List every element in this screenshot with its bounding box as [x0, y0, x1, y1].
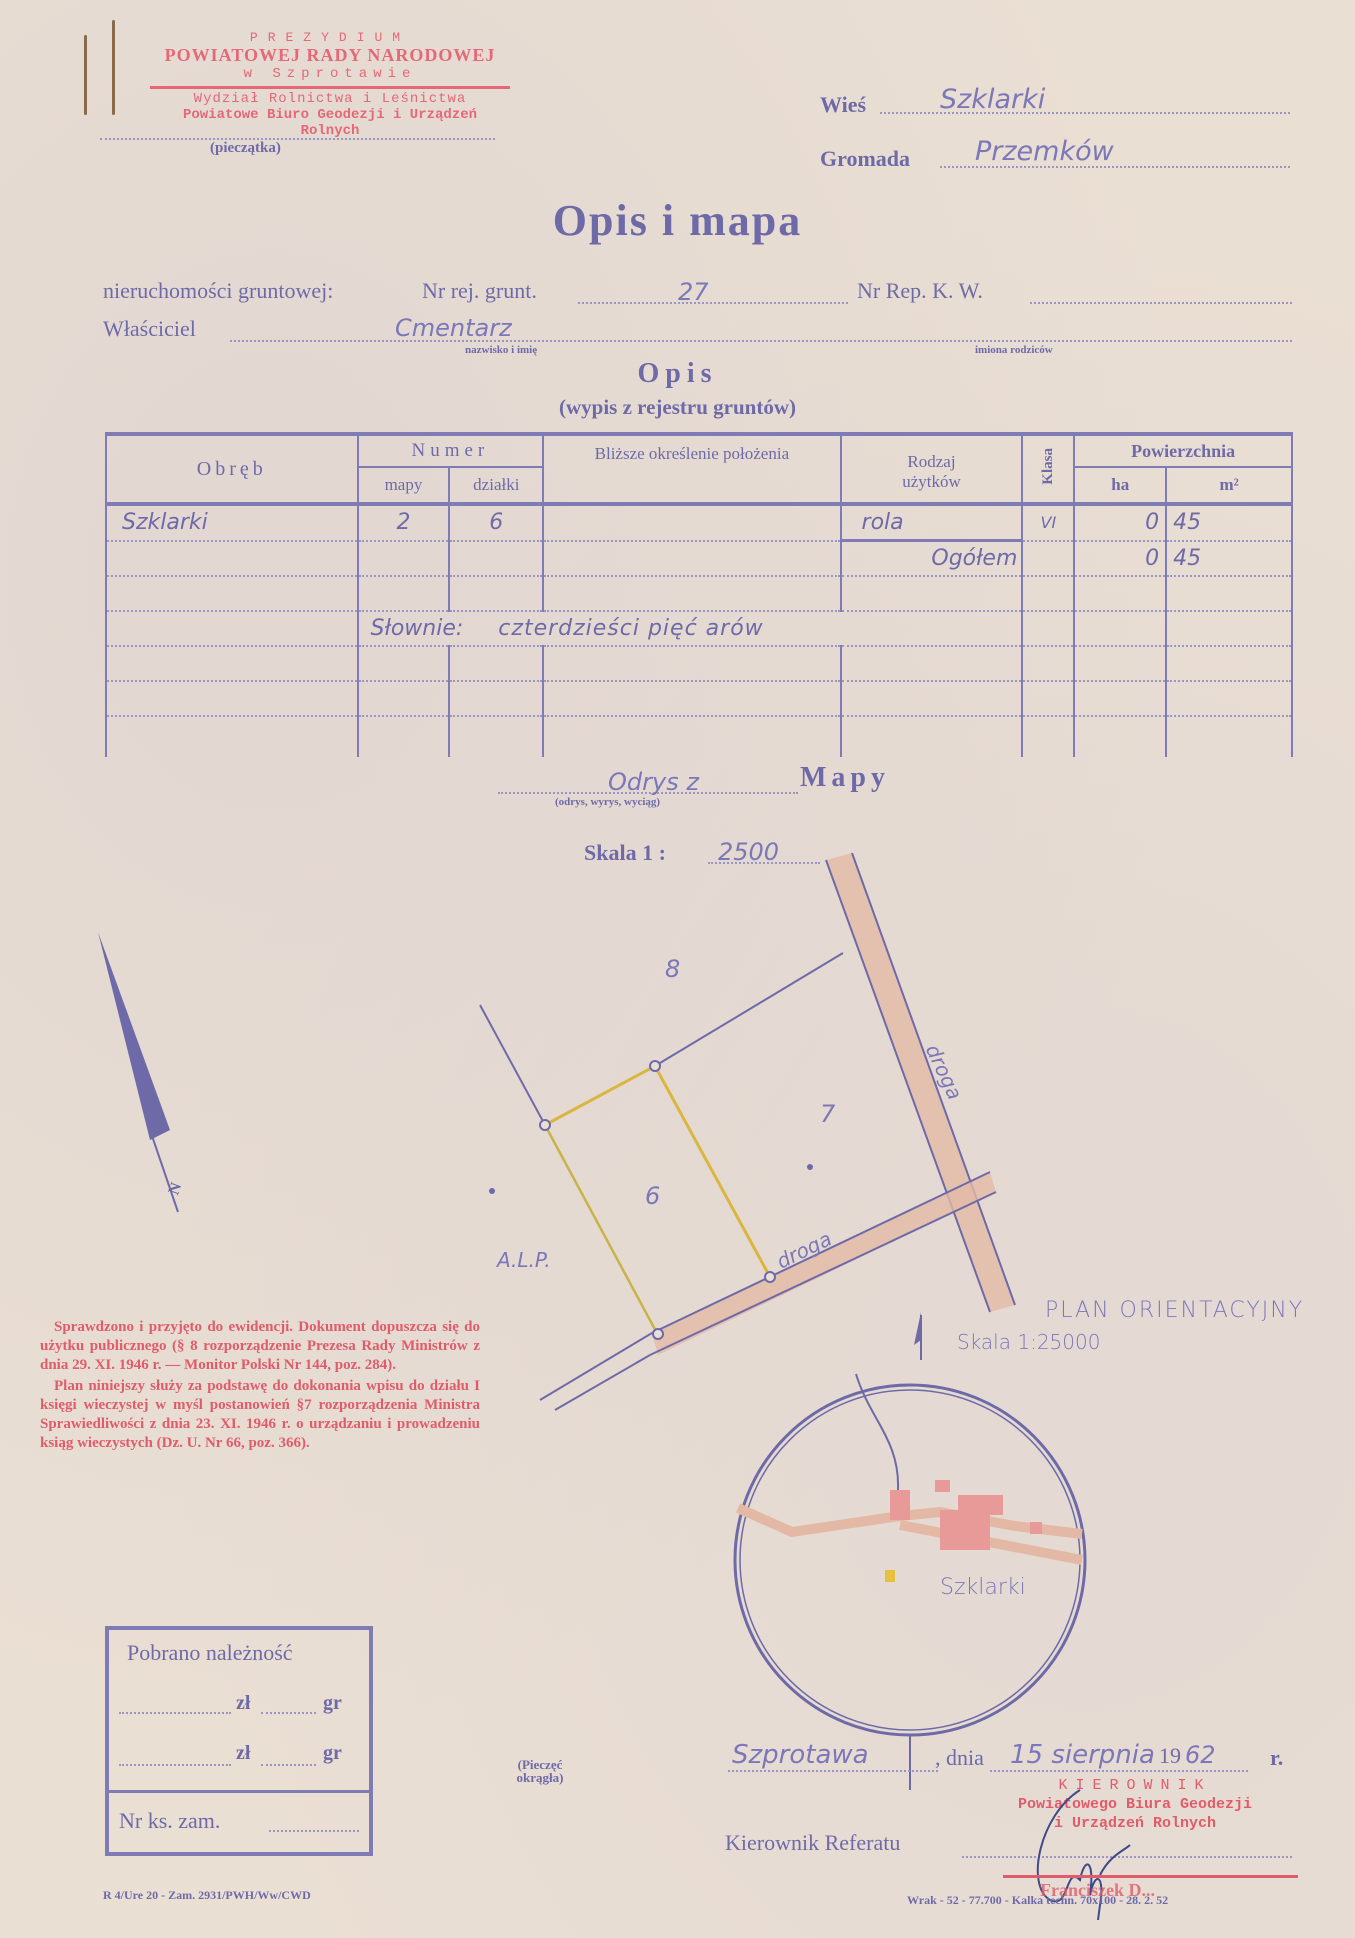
place-field[interactable]: Szprotawa: [728, 1740, 938, 1772]
orientation-plan-scale: Skala 1:25000: [957, 1330, 1100, 1354]
print-code-left: R 4/Ure 20 - Zam. 2931/PWH/Ww/CWD: [103, 1888, 311, 1903]
print-code-right: Wrak - 52 - 77.700 - Kalka techn. 70x100…: [907, 1893, 1168, 1908]
parcel-number-6: 6: [645, 1182, 660, 1210]
order-field[interactable]: [269, 1808, 359, 1832]
date-label: , dnia: [935, 1745, 984, 1771]
year-prefix: 19: [1159, 1743, 1181, 1768]
signatory-label: Kierownik Referatu: [725, 1830, 900, 1856]
legal-approval-stamp: Sprawdzono i przyjęto do ewidencji. Doku…: [40, 1318, 480, 1453]
orientation-plan-title: PLAN ORIENTACYJNY: [1045, 1298, 1304, 1323]
order-label: Nr ks. zam.: [119, 1808, 220, 1834]
year-suffix: r.: [1270, 1745, 1283, 1771]
fee-zl-field-2[interactable]: [119, 1742, 231, 1766]
parcel-number-7: 7: [820, 1100, 835, 1128]
seal-caption: (Pieczęć okrągła): [510, 1758, 570, 1784]
fee-gr-field-2[interactable]: [261, 1742, 316, 1766]
date-value: 15 sierpnia: [1010, 1740, 1155, 1770]
fee-zl-field-1[interactable]: [119, 1690, 231, 1714]
orientation-place-label: Szklarki: [940, 1575, 1026, 1600]
fee-box-divider: [109, 1790, 369, 1793]
parcel-number-8: 8: [665, 955, 680, 983]
year-value: 62: [1185, 1741, 1216, 1769]
fee-box: Pobrano należność zł gr zł gr Nr ks. zam…: [105, 1626, 373, 1856]
area-label-alp: A.L.P.: [497, 1248, 551, 1272]
place-value: Szprotawa: [732, 1740, 869, 1770]
fee-box-title: Pobrano należność: [127, 1640, 293, 1666]
date-field[interactable]: 15 sierpnia 19 62: [990, 1740, 1248, 1772]
stamp-red-line: [1003, 1875, 1298, 1878]
fee-gr-field-1[interactable]: [261, 1690, 316, 1714]
